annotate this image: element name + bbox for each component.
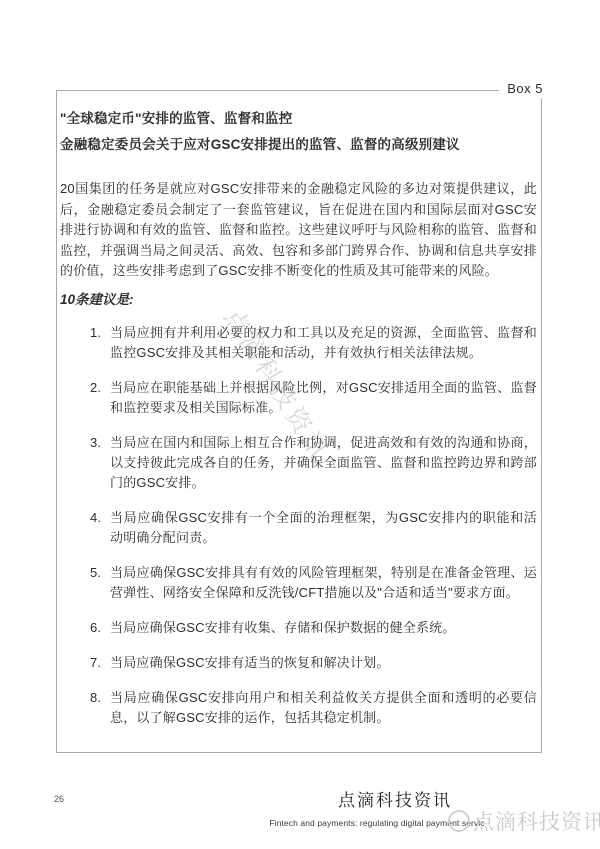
recommendation-item-5: 当局应确保GSC安排具有有效的风险管理框架，特别是在准备金管理、运营弹性、网络安… xyxy=(105,563,537,603)
recommendation-item-7: 当局应确保GSC安排有适当的恢复和解决计划。 xyxy=(105,653,537,673)
intro-paragraph: 20国集团的任务是就应对GSC安排带来的金融稳定风险的多边对策提供建议，此后，金… xyxy=(60,179,537,282)
recommendations-heading: 10条建议是: xyxy=(60,288,537,308)
recommendation-item-3: 当局应在国内和国际上相互合作和协调，促进高效和有效的沟通和协商，以支持彼此完成各… xyxy=(105,433,537,493)
box-5-panel: Box 5 "全球稳定币"安排的监管、监督和监控 金融稳定委员会关于应对GSC安… xyxy=(56,90,542,753)
box-label: Box 5 xyxy=(499,81,547,98)
corner-watermark: 点滴科技资讯 xyxy=(448,806,600,836)
corner-watermark-text: 点滴科技资讯 xyxy=(473,806,600,836)
recommendation-item-6: 当局应确保GSC安排有收集、存储和保护数据的健全系统。 xyxy=(105,618,537,638)
recommendation-item-4: 当局应确保GSC安排有一个全面的治理框架，为GSC安排内的职能和活动明确分配问责… xyxy=(105,508,537,548)
box-title-line1: "全球稳定币"安排的监管、监督和监控 xyxy=(60,106,537,132)
watermark-logo-icon xyxy=(448,810,470,832)
recommendation-item-1: 当局应拥有并利用必要的权力和工具以及充足的资源，全面监管、监督和监控GSC安排及… xyxy=(105,323,537,363)
recommendation-item-8: 当局应确保GSC安排向用户和相关利益攸关方提供全面和透明的必要信息，以了解GSC… xyxy=(105,688,537,728)
box-title-line2: 金融稳定委员会关于应对GSC安排提出的监管、监督的高级别建议 xyxy=(60,132,537,158)
recommendation-item-2: 当局应在职能基础上并根据风险比例，对GSC安排适用全面的监管、监督和监控要求及相… xyxy=(105,378,537,418)
page-number: 26 xyxy=(54,794,64,804)
recommendations-list: 当局应拥有并利用必要的权力和工具以及充足的资源，全面监管、监督和监控GSC安排及… xyxy=(60,323,537,728)
